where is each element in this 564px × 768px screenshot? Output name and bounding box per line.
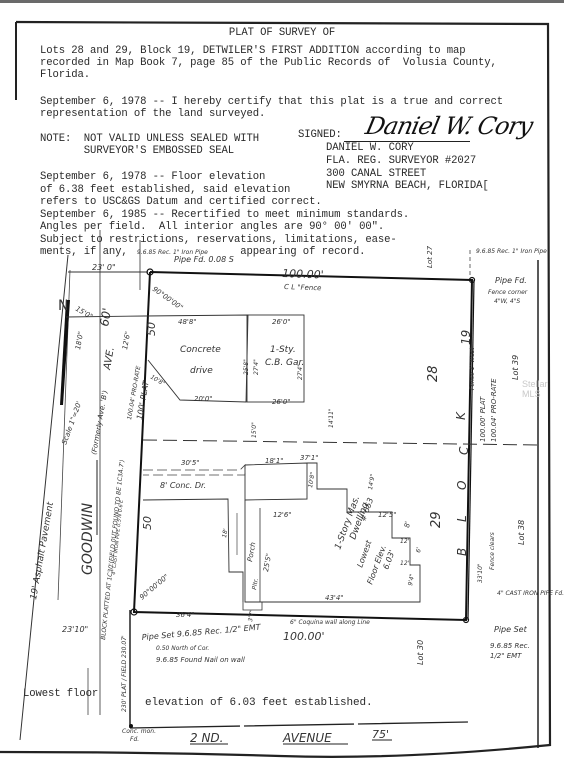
pipe-set-left-note: 0.50 North of Cor. xyxy=(156,645,209,652)
block-letter-c: C xyxy=(457,446,471,455)
dim-bottom: 100.00' xyxy=(283,630,325,643)
dim-27-4-left: 27'4" xyxy=(253,359,260,375)
pipe-set-left: Pipe Set 9.6.85 Rec. 1/2" EMT xyxy=(141,623,262,642)
dim-14-9: 14'9" xyxy=(367,473,377,490)
dim-25-8: 25'8" xyxy=(243,359,250,375)
surveyor-name: DANIEL W. CORY xyxy=(326,142,414,155)
legal-description-line-1: Lots 28 and 29, Block 19, DETWILER'S FIR… xyxy=(40,45,466,58)
cl-fence-label: C L "Fence xyxy=(284,283,322,292)
dim-right-plat: 100.00' PLAT xyxy=(479,396,487,442)
surveyor-registration: FLA. REG. SURVEYOR #2027 xyxy=(326,155,476,168)
concrete-monument-found: Fd. xyxy=(130,736,139,743)
concrete-driveway-label: 8' Conc. Dr. xyxy=(160,481,206,490)
lot-39-label: Lot 39 xyxy=(511,355,520,380)
fence-corner-label: Fence corner xyxy=(488,289,528,296)
seal-note-line-1: NOTE: NOT VALID UNLESS SEALED WITH xyxy=(40,133,259,146)
street-2nd-label: 2 ND. xyxy=(190,731,223,745)
legal-description-line-2: recorded in Map Book 7, page 85 of the P… xyxy=(40,57,497,70)
street-goodwin-label: GOODWIN xyxy=(80,502,96,575)
dim-12-a: 12' xyxy=(400,538,410,545)
dim-top: 100.00' xyxy=(282,267,324,281)
pipe-set-right-emt: 1/2" EMT xyxy=(490,652,522,660)
dim-offset-top: 23' 0" xyxy=(92,263,116,272)
angle-bottom: 90°00'00" xyxy=(138,573,170,602)
block-letter-o: O xyxy=(455,481,469,490)
street-width-label: 75' xyxy=(372,728,389,741)
block-number: 19 xyxy=(459,330,473,345)
lowest-floor-label: Lowest floor xyxy=(23,688,98,701)
lot-38-label: Lot 38 xyxy=(517,520,526,545)
street-ave-label: AVE. xyxy=(102,346,117,371)
elevation-note-line-4: September 6, 1985 -- Recertified to meet… xyxy=(40,209,409,222)
dim-33-10: 33'10" xyxy=(477,563,484,583)
elevation-note-line-2: of 6.38 feet established, said elevation xyxy=(40,184,290,197)
surveyor-signature: Daniel W. Cory xyxy=(363,112,535,140)
dim-230-field: 230' PLAT / FIELD 230.07' xyxy=(121,635,128,712)
survey-document: N 100.0 xyxy=(0,0,564,768)
elevation-note-line-3: refers to USC&GS Datum and certified cor… xyxy=(40,196,322,209)
pipe-set-right: Pipe Set xyxy=(494,625,528,634)
angle-top: 90°00'00" xyxy=(151,285,185,312)
block-letter-l: L xyxy=(455,515,469,522)
elevation-note-line-6: Subject to restrictions, reservations, l… xyxy=(40,234,397,247)
lot-30-label: Lot 30 xyxy=(416,640,425,665)
dim-10-8: 10'8" xyxy=(149,374,166,388)
pipe-found-right: Pipe Fd. xyxy=(495,276,527,285)
block-letter-b: B xyxy=(455,548,469,556)
surveyor-street: 300 CANAL STREET xyxy=(326,168,426,181)
dim-14-11: 14'11" xyxy=(328,408,335,428)
street-width-60: 60' xyxy=(97,307,114,328)
legal-description-line-3: Florida. xyxy=(40,69,90,82)
dim-10-8-house: 10'8" xyxy=(307,471,317,488)
dim-3-7: 3'7" xyxy=(247,609,256,622)
block-letter-k: K xyxy=(454,411,468,420)
mls-watermark: Stellar MLS xyxy=(522,379,564,399)
document-title: PLAT OF SURVEY OF xyxy=(0,27,564,40)
dim-offset-bottom: 23'10" xyxy=(62,625,88,634)
pipe-set-left-found: 9.6.85 Found Nail on wall xyxy=(156,656,245,664)
dim-36-4: 36'4" xyxy=(176,611,195,619)
dim-12-6: 12'6" xyxy=(121,331,132,351)
dim-15-0: 15'0" xyxy=(251,422,258,438)
dim-25-5: 25'5" xyxy=(262,553,273,573)
fence-corner-offset: 4"W, 4"S xyxy=(494,298,520,305)
dim-15: 15'0" xyxy=(74,305,94,321)
certification-line-2: representation of the land surveyed. xyxy=(40,108,265,121)
dim-6: 6' xyxy=(415,546,423,553)
dim-left-50-upper: 50 xyxy=(145,322,158,336)
dim-12-6-house: 12'6" xyxy=(273,511,292,519)
signed-label: SIGNED: xyxy=(298,129,342,142)
dim-48-8: 48'8" xyxy=(178,318,197,326)
dim-12-5: 12'5" xyxy=(378,511,397,519)
dim-43-4: 43'4" xyxy=(325,594,344,602)
fence-west-label: Fence 1' West xyxy=(469,347,476,390)
lowest-floor-elevation: elevation of 6.03 feet established. xyxy=(145,697,373,710)
certification-line-1: September 6, 1978 -- I hereby certify th… xyxy=(40,96,503,109)
garage-label-2: C.B. Gar. xyxy=(265,358,304,368)
lot-27-label: Lot 27 xyxy=(426,245,434,268)
street-avenue-label: AVENUE xyxy=(282,731,332,745)
fence-clears-label: Fence clears xyxy=(489,532,496,570)
dim-left-50-lower: 50 xyxy=(141,516,154,530)
garage-label-1: 1-Sty. xyxy=(270,345,296,355)
lot-28-number: 28 xyxy=(426,365,441,382)
dim-37-1: 37'1" xyxy=(300,454,319,462)
pipe-set-right-record: 9.6.85 Rec. xyxy=(490,642,530,650)
planter-label: Pltr. xyxy=(251,578,260,591)
dim-20: 20'0" xyxy=(194,395,213,403)
elevation-note-line-5: Angles per field. All interior angles ar… xyxy=(40,221,384,234)
coquina-wall-label: 6" Coquina wall along Line xyxy=(290,619,370,626)
dim-right-prorate: 100.04' PRO-RATE xyxy=(490,378,498,442)
dim-9-4: 9'4" xyxy=(407,573,416,586)
elevation-note-line-7: ments, if any, appearing of record. xyxy=(40,246,365,259)
concrete-label: Concrete xyxy=(180,345,221,355)
dwelling-lowest: Lowest xyxy=(355,538,373,568)
dim-18: 18'0" xyxy=(74,331,85,351)
north-arrow-label: N xyxy=(58,298,68,314)
surveyor-city: NEW SMYRNA BEACH, FLORIDA[ xyxy=(326,180,489,193)
concrete-monument: Conc. mon. xyxy=(122,728,156,735)
dim-26-top: 26'0" xyxy=(272,318,291,326)
drive-label: drive xyxy=(190,366,213,376)
scale-label: Scale 1"=20' xyxy=(60,400,83,445)
dim-30-5: 30'5" xyxy=(181,459,200,467)
dim-12-b: 12' xyxy=(400,560,410,567)
seal-note-line-2: SURVEYOR'S EMBOSSED SEAL xyxy=(40,145,234,158)
elevation-note-line-1: September 6, 1978 -- Floor elevation xyxy=(40,171,265,184)
pipe-found-right-record: 9.6.85 Rec. 1" Iron Pipe xyxy=(476,248,547,255)
dim-26-bottom: 26'0" xyxy=(272,398,291,406)
porch-label: Porch xyxy=(246,542,257,563)
cast-iron-pipe-right: 4" CAST IRON PIPE Fd. 0.5'N.E. 0.4'E xyxy=(497,590,564,597)
dim-8: 8' xyxy=(403,521,412,529)
dim-18-1: 18'1" xyxy=(265,457,284,465)
lot-29-number: 29 xyxy=(429,511,444,528)
